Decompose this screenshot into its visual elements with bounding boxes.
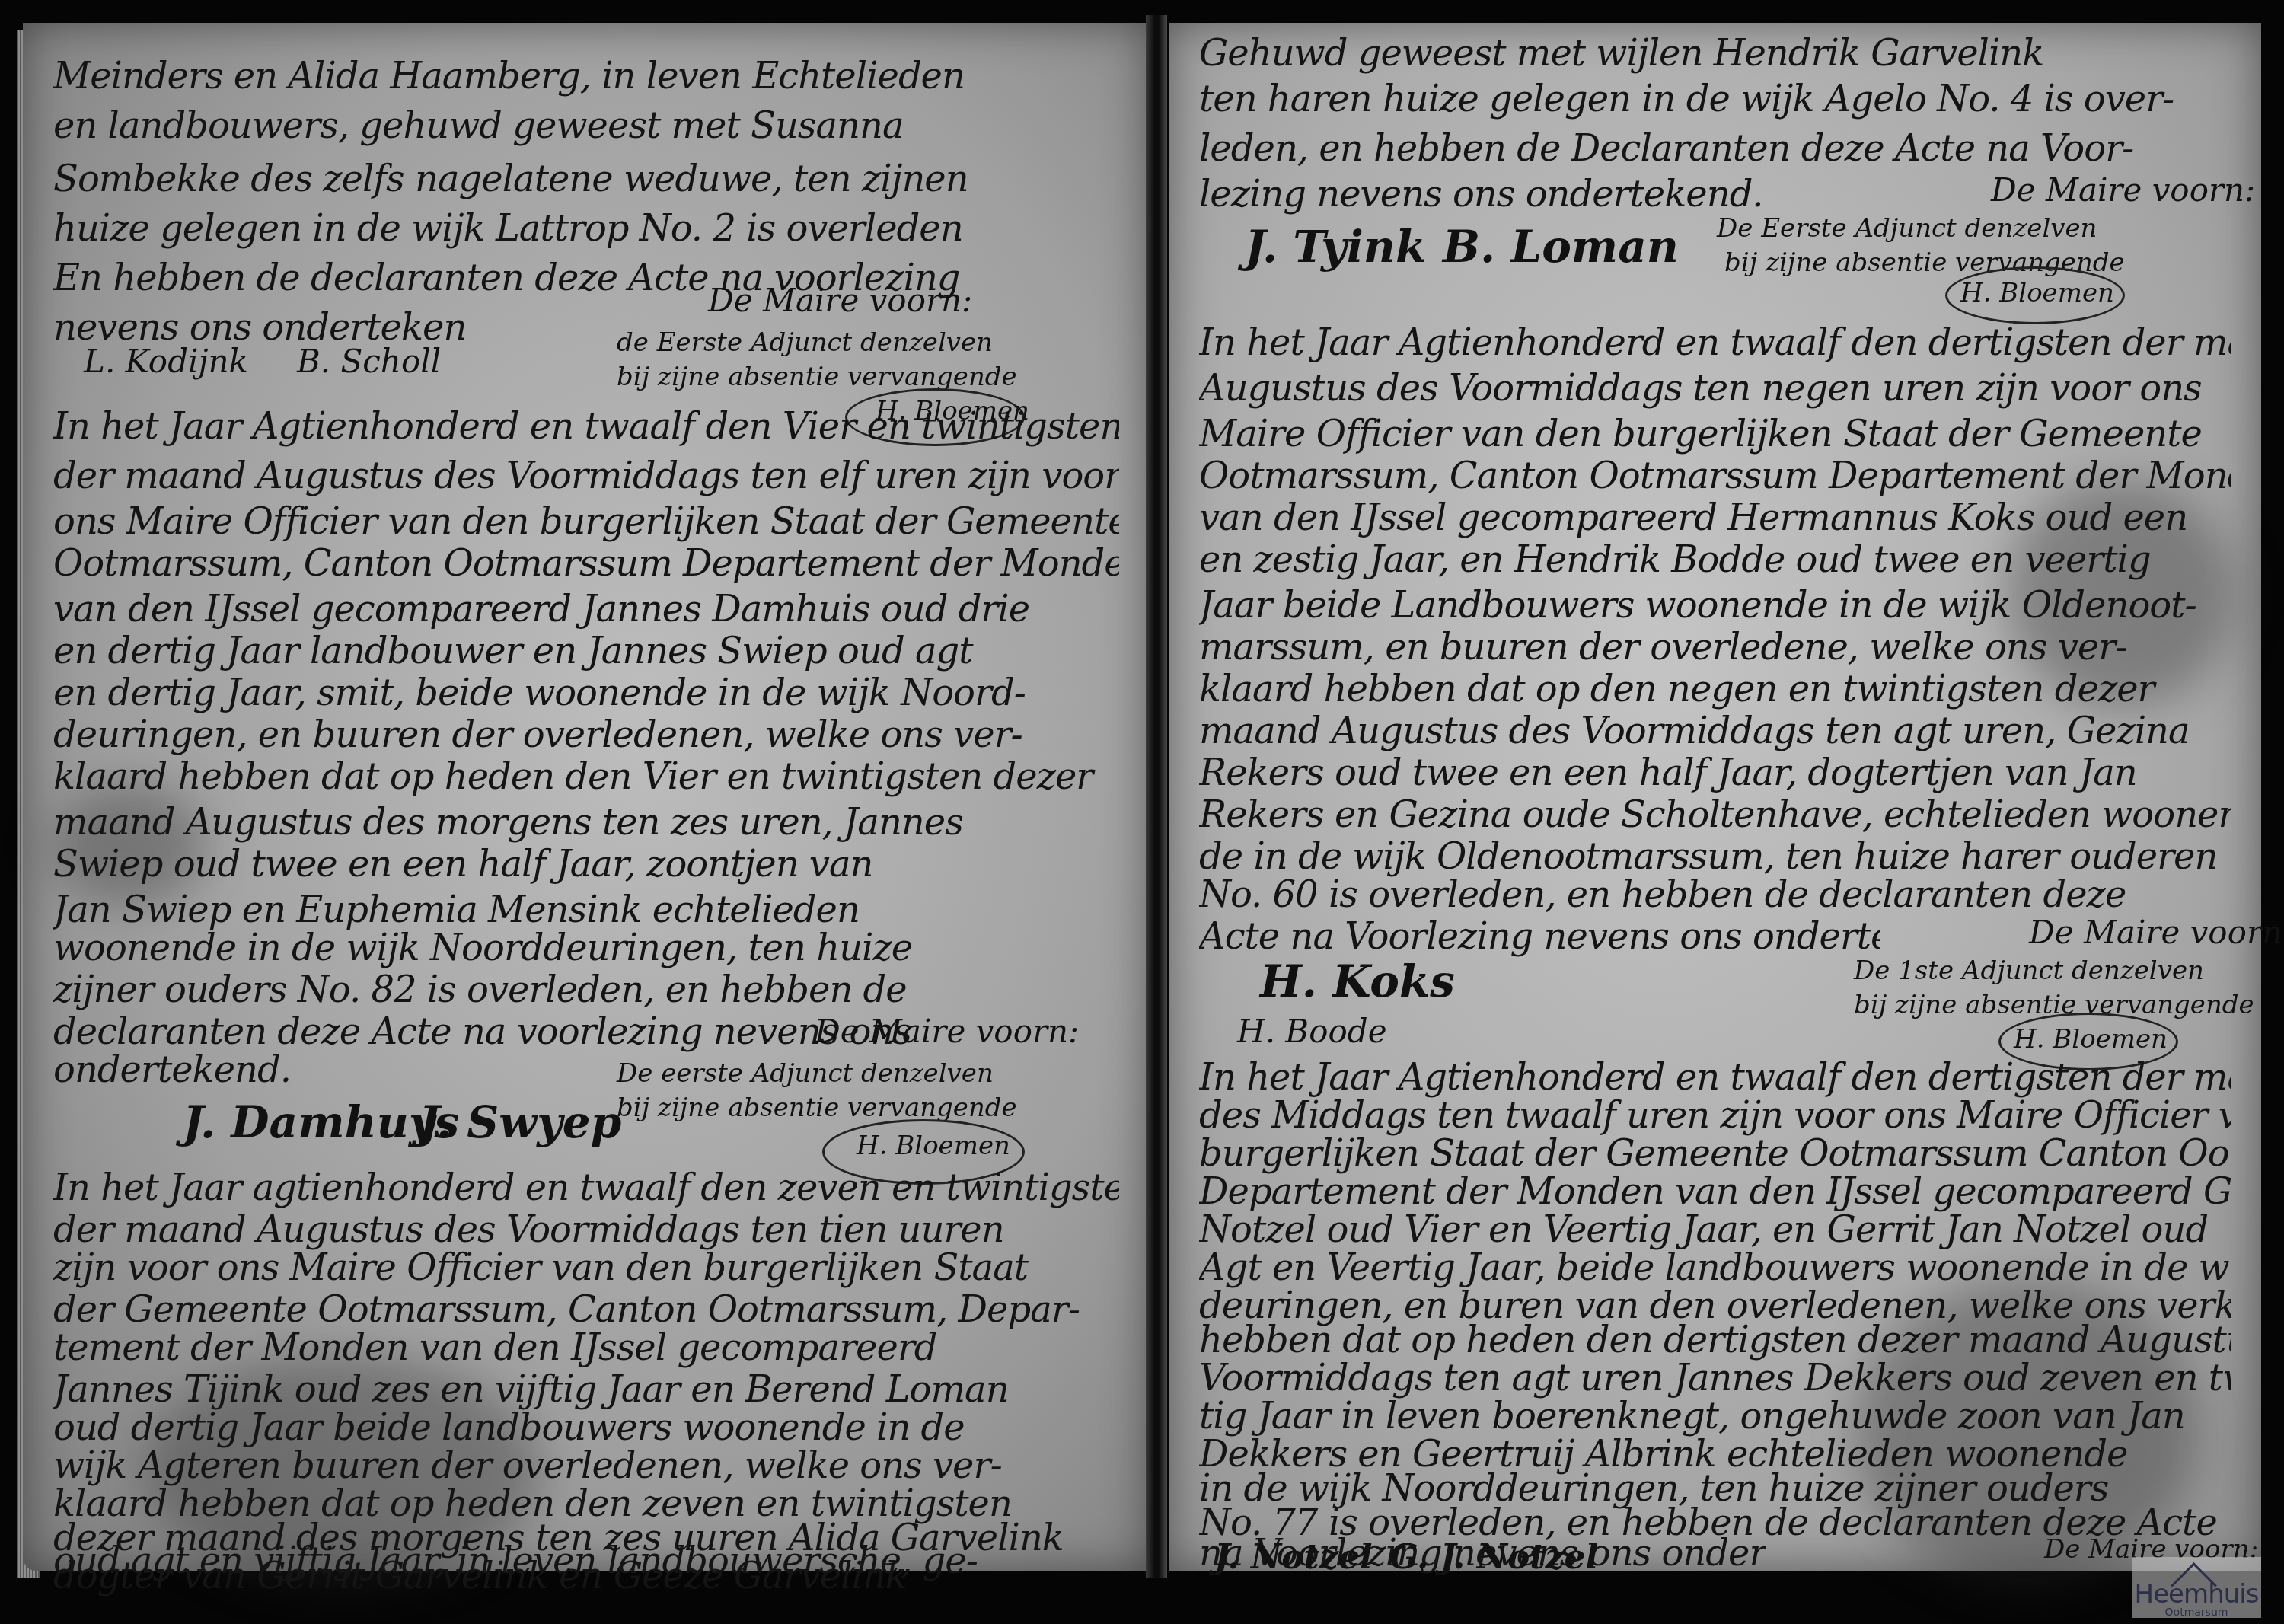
manuscript-line: Ootmarssum, Canton Ootmarssum Departemen… bbox=[53, 541, 1119, 586]
manuscript-line: marssum, en buuren der overledene, welke… bbox=[1199, 624, 2231, 670]
manuscript-line: klaard hebben dat op heden den Vier en t… bbox=[53, 754, 1119, 799]
book-gutter bbox=[1146, 15, 1167, 1578]
right-page-text: Gehuwd geweest met wijlen Hendrik Garvel… bbox=[1169, 23, 2261, 1571]
watermark-subtitle: Ootmarsum bbox=[2132, 1607, 2261, 1618]
manuscript-line: In het Jaar agtienhonderd en twaalf den … bbox=[53, 1165, 1119, 1211]
manuscript-line: van den IJssel gecompareerd Hermannus Ko… bbox=[1199, 495, 2231, 541]
left-page: Meinders en Alida Haamberg, in leven Ech… bbox=[23, 23, 1150, 1571]
manuscript-line: deuringen, en buuren der overledenen, we… bbox=[53, 712, 1119, 758]
manuscript-line: maand Augustus des Voormiddags ten agt u… bbox=[1199, 708, 2231, 754]
witness-signature: H. Boode bbox=[1237, 1013, 1387, 1050]
manuscript-line: ondertekend. bbox=[53, 1047, 312, 1093]
manuscript-line: tement der Monden van den IJssel gecompa… bbox=[53, 1325, 1119, 1370]
witness-signature: B. Loman bbox=[1443, 221, 1679, 273]
maire-label: De Maire voorn: bbox=[708, 282, 972, 319]
mayor-signature: H. Bloemen bbox=[856, 1131, 1010, 1161]
manuscript-line: Ootmarssum, Canton Ootmarssum Departemen… bbox=[1199, 453, 2231, 499]
manuscript-line: ons Maire Officier van den burgerlijken … bbox=[53, 499, 1119, 544]
manuscript-line: en dertig Jaar landbouwer en Jannes Swie… bbox=[53, 628, 1119, 674]
manuscript-line: leden, en hebben de Declaranten deze Act… bbox=[1199, 126, 2231, 171]
adjunct-label: de Eerste Adjunct denzelven bbox=[617, 327, 993, 358]
manuscript-line: der maand Augustus des Voormiddags ten e… bbox=[53, 453, 1119, 499]
manuscript-line: huize gelegen in de wijk Lattrop No. 2 i… bbox=[53, 206, 1119, 251]
manuscript-line: Gehuwd geweest met wijlen Hendrik Garvel… bbox=[1199, 30, 2231, 76]
manuscript-line: en zestig Jaar, en Hendrik Bodde oud twe… bbox=[1199, 537, 2231, 582]
witness-signature: H. Koks bbox=[1260, 956, 1455, 1007]
mayor-signature: H. Bloemen bbox=[1960, 278, 2114, 308]
manuscript-line: klaard hebben dat op den negen en twinti… bbox=[1199, 666, 2231, 712]
manuscript-line: Jaar beide Landbouwers woonende in de wi… bbox=[1199, 582, 2231, 628]
maire-label: De Maire voorn: bbox=[2029, 914, 2284, 951]
manuscript-line: dogter van Gerrit Garvelink en Geeze Gar… bbox=[53, 1553, 1119, 1599]
witness-signature: B. Scholl bbox=[297, 343, 441, 380]
witness-signature: J. Damhuys bbox=[183, 1096, 459, 1148]
adjunct-label: De 1ste Adjunct denzelven bbox=[1854, 956, 2204, 986]
manuscript-line: zijn voor ons Maire Officier van den bur… bbox=[53, 1245, 1119, 1291]
manuscript-line: Acte na Voorlezing nevens ons onderteken… bbox=[1199, 914, 1880, 959]
adjunct-label: De eerste Adjunct denzelven bbox=[617, 1058, 994, 1089]
manuscript-line: Maire Officier van den burgerlijken Staa… bbox=[1199, 411, 2231, 457]
manuscript-line: In het Jaar Agtienhonderd en twaalf den … bbox=[1199, 320, 2231, 365]
witness-signature: J. Tyink bbox=[1245, 221, 1426, 273]
witness-signature: J. Notzel bbox=[1214, 1538, 1373, 1577]
heemhuis-watermark: Heemhuis Ootmarsum bbox=[2132, 1557, 2261, 1618]
adjunct-label: De Eerste Adjunct denzelven bbox=[1717, 213, 2097, 244]
witness-signature: J. Swyep bbox=[419, 1096, 621, 1148]
witness-signature: G. J. Notzel bbox=[1389, 1538, 1598, 1577]
manuscript-line: Augustus des Voormiddags ten negen uren … bbox=[1199, 365, 2231, 411]
manuscript-line: zijner ouders No. 82 is overleden, en he… bbox=[53, 967, 1119, 1013]
absence-label: bij zijne absentie vervangende bbox=[617, 1093, 1017, 1123]
manuscript-line: No. 60 is overleden, en hebben de declar… bbox=[1199, 872, 2231, 917]
absence-label: bij zijne absentie vervangende bbox=[617, 362, 1017, 392]
mayor-signature: H. Bloemen bbox=[2014, 1024, 2168, 1054]
manuscript-line: Rekers en Gezina oude Scholtenhave, echt… bbox=[1199, 792, 2231, 838]
watermark-name: Heemhuis bbox=[2132, 1581, 2261, 1607]
witness-signature: L. Kodijnk bbox=[84, 343, 248, 380]
manuscript-line: van den IJssel gecompareerd Jannes Damhu… bbox=[53, 586, 1119, 632]
manuscript-line: ten haren huize gelegen in de wijk Agelo… bbox=[1199, 76, 2231, 122]
manuscript-line: lezing nevens ons ondertekend. bbox=[1199, 171, 1804, 217]
manuscript-line: Sombekke des zelfs nagelatene weduwe, te… bbox=[53, 156, 1119, 202]
manuscript-line: Meinders en Alida Haamberg, in leven Ech… bbox=[53, 53, 1119, 99]
manuscript-line: maand Augustus des morgens ten zes uren,… bbox=[53, 799, 1119, 845]
right-page: Gehuwd geweest met wijlen Hendrik Garvel… bbox=[1169, 23, 2261, 1571]
manuscript-line: woonende in de wijk Noorddeuringen, ten … bbox=[53, 925, 1119, 971]
maire-label: De Maire voorn: bbox=[815, 1013, 1079, 1050]
manuscript-line: Rekers oud twee en een half Jaar, dogter… bbox=[1199, 750, 2231, 796]
manuscript-line: Swiep oud twee en een half Jaar, zoontje… bbox=[53, 841, 1119, 887]
maire-label: De Maire voorn: bbox=[1991, 171, 2255, 209]
left-page-text: Meinders en Alida Haamberg, in leven Ech… bbox=[23, 23, 1150, 1571]
manuscript-line: In het Jaar Agtienhonderd en twaalf den … bbox=[53, 404, 1119, 449]
manuscript-line: en landbouwers, gehuwd geweest met Susan… bbox=[53, 103, 1119, 148]
manuscript-line: en dertig Jaar, smit, beide woonende in … bbox=[53, 670, 1119, 716]
